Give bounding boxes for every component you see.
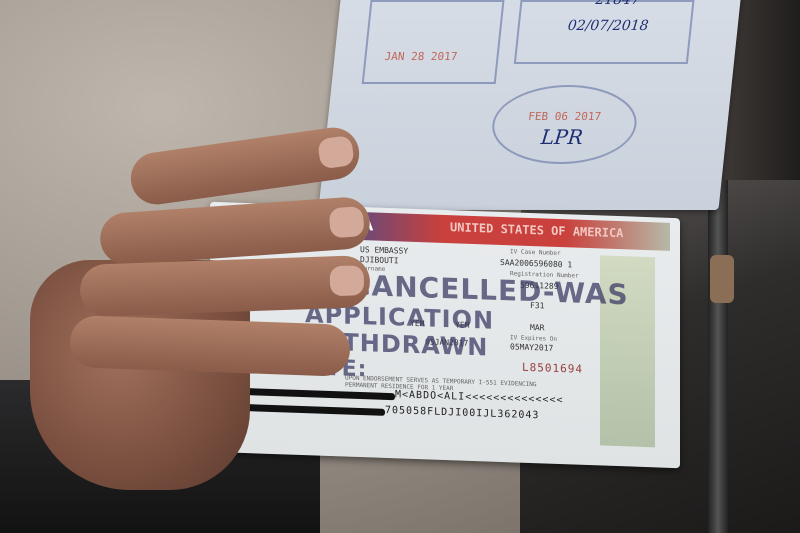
entry-stamp [362, 0, 505, 84]
issuing-post: US EMBASSY [360, 245, 408, 256]
fingernail [329, 206, 365, 238]
zipper-pull [710, 255, 734, 303]
fingernail [329, 265, 364, 296]
mrz-line-2: 705058FLDJI00IJL362043 [385, 405, 539, 421]
marital-status: MAR [530, 323, 544, 333]
control-number: L8501694 [522, 361, 583, 376]
stamp-date-1: JAN 28 2017 [384, 50, 458, 63]
stamp-date-2: FEB 06 2017 [528, 110, 602, 123]
lpr-handwriting: LPR [540, 125, 584, 149]
case-number: SAA2006596080 1 [500, 258, 572, 270]
passport-stamp-page: JAN 28 2017 FEB 06 2017 LPR 21847 02/07/… [318, 0, 741, 210]
handwritten-date: 02/07/2018 [567, 18, 649, 34]
fingernail [317, 135, 355, 169]
issuing-city: DJIBOUTI [360, 255, 399, 265]
expiry-date: 05MAY2017 [510, 342, 553, 353]
finger-little [69, 315, 351, 377]
handwritten-number: 21847 [595, 0, 641, 8]
hand [30, 140, 360, 490]
finger-ring [79, 255, 371, 317]
jacket-zipper [708, 180, 728, 533]
finger-index [128, 124, 363, 208]
case-number-label: IV Case Number [510, 248, 561, 257]
